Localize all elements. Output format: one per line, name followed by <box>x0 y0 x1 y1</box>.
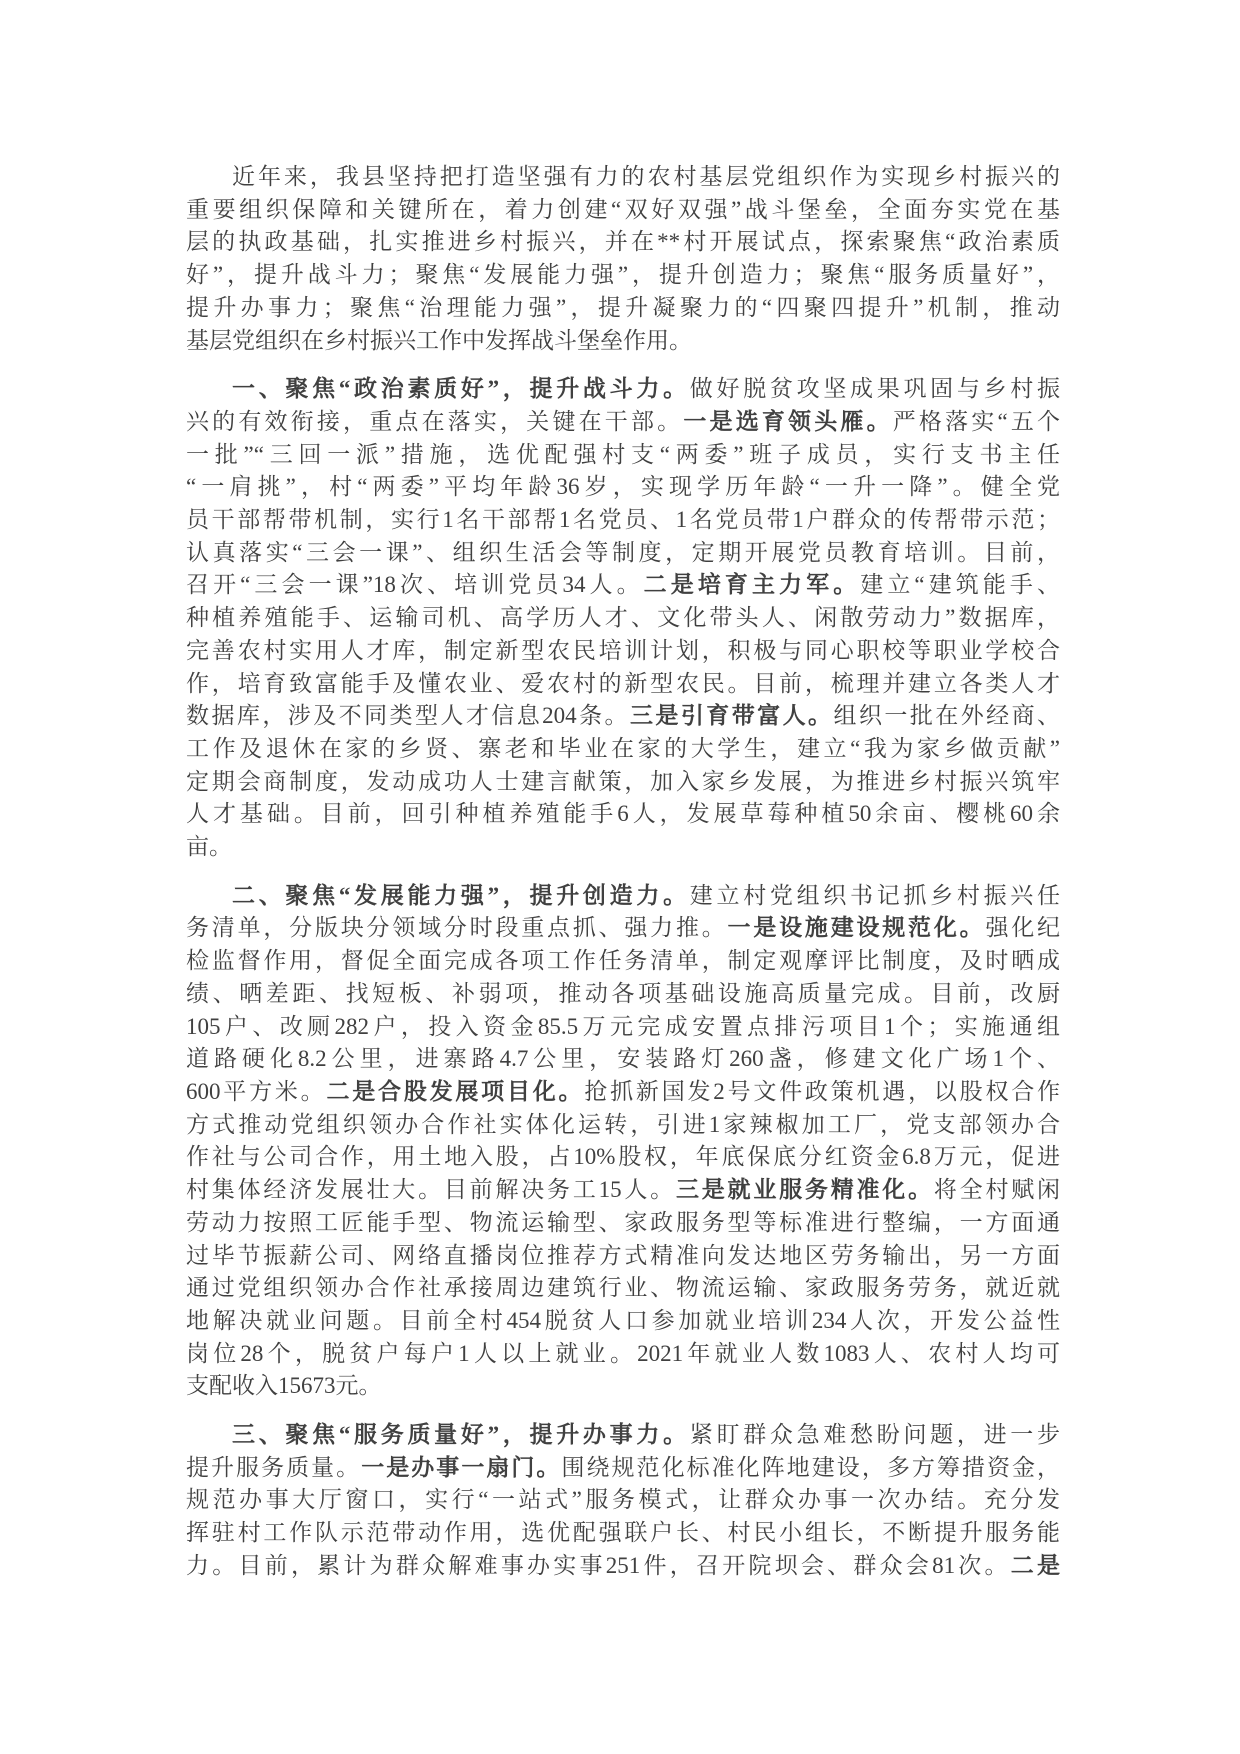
paragraph-3: 二、聚焦“发展能力强”，提升创造力。建立村党组织书记抓乡村振兴任务清单，分版块分… <box>186 880 1060 1403</box>
bold-text: 一、聚焦“政治素质好”，提升战斗力。 <box>232 376 690 401</box>
body-text: 严格落实“五个 <box>893 409 1060 434</box>
body-text: 员干部帮带机制，实行1名干部帮1名党员、1名党员带1户群众的传帮带示范； <box>186 507 1060 532</box>
text-line: 绩、晒差距、找短板、补弱项，推动各项基础设施高质量完成。目前，改厨 <box>186 978 1060 1011</box>
body-text: 挥驻村工作队示范带动作用，选优配强联户长、村民小组长，不断提升服务能 <box>186 1520 1060 1545</box>
body-text: 亩。 <box>186 834 232 859</box>
bold-text: 三、聚焦“服务质量好”，提升办事力。 <box>232 1422 690 1447</box>
body-text: 完善农村实用人才库，制定新型农民培训计划，积极与同心职校等职业学校合 <box>186 638 1060 663</box>
text-line: 一、聚焦“政治素质好”，提升战斗力。做好脱贫攻坚成果巩固与乡村振 <box>186 373 1060 406</box>
text-line: 提升办事力；聚焦“治理能力强”，提升凝聚力的“四聚四提升”机制，推动 <box>186 292 1060 325</box>
paragraph-2: 一、聚焦“政治素质好”，提升战斗力。做好脱贫攻坚成果巩固与乡村振兴的有效衔接，重… <box>186 373 1060 864</box>
text-line: 提升服务质量。一是办事一扇门。围绕规范化标准化阵地建设，多方筹措资金， <box>186 1452 1060 1485</box>
text-line: 岗位28个，脱贫户每户1人以上就业。2021年就业人数1083人、农村人均可 <box>186 1338 1060 1371</box>
text-line: 完善农村实用人才库，制定新型农民培训计划，积极与同心职校等职业学校合 <box>186 635 1060 668</box>
bold-text: 三是引育带富人。 <box>630 703 834 728</box>
body-text: 劳动力按照工匠能手型、物流运输型、家政服务型等标准进行整编，一方面通 <box>186 1210 1060 1235</box>
body-text: 紧盯群众急难愁盼问题，进一步 <box>690 1422 1060 1447</box>
body-text: 支配收入15673元。 <box>186 1373 382 1398</box>
body-text: 认真落实“三会一课”、组织生活会等制度，定期开展党员教育培训。目前， <box>186 540 1060 565</box>
body-text: 建立村党组织书记抓乡村振兴任 <box>690 883 1060 908</box>
body-text: 兴的有效衔接，重点在落实，关键在干部。 <box>186 409 683 434</box>
body-text: 通过党组织领办合作社承接周边建筑行业、物流运输、家政服务劳务，就近就 <box>186 1275 1060 1300</box>
body-text: 将全村赋闲 <box>934 1177 1060 1202</box>
body-text: 提升服务质量。 <box>186 1455 361 1480</box>
text-line: 三、聚焦“服务质量好”，提升办事力。紧盯群众急难愁盼问题，进一步 <box>186 1419 1060 1452</box>
bold-text: 一是办事一扇门。 <box>361 1455 561 1480</box>
body-text: 召开“三会一课”18次、培训党员34人。 <box>186 572 644 597</box>
text-line: 作，培育致富能手及懂农业、爱农村的新型农民。目前，梳理并建立各类人才 <box>186 668 1060 701</box>
text-line: 规范办事大厅窗口，实行“一站式”服务模式，让群众办事一次办结。充分发 <box>186 1484 1060 1517</box>
text-line: 好”，提升战斗力；聚焦“发展能力强”，提升创造力；聚焦“服务质量好”， <box>186 259 1060 292</box>
text-line: 作社与公司合作，用土地入股，占10%股权，年底保底分红资金6.8万元，促进 <box>186 1141 1060 1174</box>
body-text: 强化纪 <box>985 915 1060 940</box>
document-page: 近年来，我县坚持把打造坚强有力的农村基层党组织作为实现乡村振兴的重要组织保障和关… <box>0 0 1240 1754</box>
text-line: 劳动力按照工匠能手型、物流运输型、家政服务型等标准进行整编，一方面通 <box>186 1207 1060 1240</box>
bold-text: 二是合股发展项目化。 <box>326 1079 584 1104</box>
text-line: 村集体经济发展壮大。目前解决务工15人。三是就业服务精准化。将全村赋闲 <box>186 1174 1060 1207</box>
body-text: 方式推动党组织领办合作社实体化运转，引进1家辣椒加工厂，党支部领办合 <box>186 1112 1060 1137</box>
text-line: 方式推动党组织领办合作社实体化运转，引进1家辣椒加工厂，党支部领办合 <box>186 1109 1060 1142</box>
body-text: 岗位28个，脱贫户每户1人以上就业。2021年就业人数1083人、农村人均可 <box>186 1341 1060 1366</box>
text-line: 二、聚焦“发展能力强”，提升创造力。建立村党组织书记抓乡村振兴任 <box>186 880 1060 913</box>
body-text: 道路硬化8.2公里，进寨路4.7公里，安装路灯260盏，修建文化广场1个、 <box>186 1046 1060 1071</box>
text-line: 600平方米。二是合股发展项目化。抢抓新国发2号文件政策机遇，以股权合作 <box>186 1076 1060 1109</box>
text-line: 检监督作用，督促全面完成各项工作任务清单，制定观摩评比制度，及时晒成 <box>186 945 1060 978</box>
text-line: 兴的有效衔接，重点在落实，关键在干部。一是选育领头雁。严格落实“五个 <box>186 406 1060 439</box>
body-text: 层的执政基础，扎实推进乡村振兴，并在**村开展试点，探索聚焦“政治素质 <box>186 229 1060 254</box>
body-text: 规范办事大厅窗口，实行“一站式”服务模式，让群众办事一次办结。充分发 <box>186 1487 1060 1512</box>
text-line: 召开“三会一课”18次、培训党员34人。二是培育主力军。建立“建筑能手、 <box>186 569 1060 602</box>
body-text: 组织一批在外经商、 <box>834 703 1061 728</box>
text-line: 过毕节振薪公司、网络直播岗位推荐方式精准向发达地区劳务输出，另一方面 <box>186 1240 1060 1273</box>
body-text: 工作及退休在家的乡贤、寨老和毕业在家的大学生，建立“我为家乡做贡献” <box>186 736 1060 761</box>
body-text: 数据库，涉及不同类型人才信息204条。 <box>186 703 630 728</box>
body-text: 检监督作用，督促全面完成各项工作任务清单，制定观摩评比制度，及时晒成 <box>186 948 1060 973</box>
bold-text: 一是选育领头雁。 <box>683 409 892 434</box>
body-text: 做好脱贫攻坚成果巩固与乡村振 <box>690 376 1060 401</box>
text-line: 认真落实“三会一课”、组织生活会等制度，定期开展党员教育培训。目前， <box>186 537 1060 570</box>
bold-text: 二是培育主力军。 <box>644 572 861 597</box>
text-line: 亩。 <box>186 831 1060 864</box>
body-text: 定期会商制度，发动成功人士建言献策，加入家乡发展，为推进乡村振兴筑牢 <box>186 769 1060 794</box>
text-line: 工作及退休在家的乡贤、寨老和毕业在家的大学生，建立“我为家乡做贡献” <box>186 733 1060 766</box>
text-line: 务清单，分版块分领域分时段重点抓、强力推。一是设施建设规范化。强化纪 <box>186 912 1060 945</box>
body-text: 作，培育致富能手及懂农业、爱农村的新型农民。目前，梳理并建立各类人才 <box>186 671 1060 696</box>
body-text: 种植养殖能手、运输司机、高学历人才、文化带头人、闲散劳动力”数据库， <box>186 605 1060 630</box>
text-line: 通过党组织领办合作社承接周边建筑行业、物流运输、家政服务劳务，就近就 <box>186 1272 1060 1305</box>
body-text: 建立“建筑能手、 <box>860 572 1060 597</box>
text-line: 人才基础。目前，回引种植养殖能手6人，发展草莓种植50余亩、樱桃60余 <box>186 798 1060 831</box>
text-line: 基层党组织在乡村振兴工作中发挥战斗堡垒作用。 <box>186 325 1060 358</box>
body-text: 基层党组织在乡村振兴工作中发挥战斗堡垒作用。 <box>186 328 692 353</box>
text-line: 层的执政基础，扎实推进乡村振兴，并在**村开展试点，探索聚焦“政治素质 <box>186 226 1060 259</box>
text-line: 一批”“三回一派”措施，选优配强村支“两委”班子成员，实行支书主任 <box>186 439 1060 472</box>
text-line: 挥驻村工作队示范带动作用，选优配强联户长、村民小组长，不断提升服务能 <box>186 1517 1060 1550</box>
text-line: 地解决就业问题。目前全村454脱贫人口参加就业培训234人次，开发公益性 <box>186 1305 1060 1338</box>
text-line: “一肩挑”，村“两委”平均年龄36岁，实现学历年龄“一升一降”。健全党 <box>186 471 1060 504</box>
body-text: 提升办事力；聚焦“治理能力强”，提升凝聚力的“四聚四提升”机制，推动 <box>186 295 1060 320</box>
bold-text: 二、聚焦“发展能力强”，提升创造力。 <box>232 883 690 908</box>
body-text: “一肩挑”，村“两委”平均年龄36岁，实现学历年龄“一升一降”。健全党 <box>186 474 1060 499</box>
text-line: 道路硬化8.2公里，进寨路4.7公里，安装路灯260盏，修建文化广场1个、 <box>186 1043 1060 1076</box>
body-text: 105户、改厕282户，投入资金85.5万元完成安置点排污项目1个；实施通组 <box>186 1014 1060 1039</box>
text-line: 支配收入15673元。 <box>186 1370 1060 1403</box>
body-text: 村集体经济发展壮大。目前解决务工15人。 <box>186 1177 676 1202</box>
body-text: 近年来，我县坚持把打造坚强有力的农村基层党组织作为实现乡村振兴的 <box>232 164 1060 189</box>
body-text: 力。目前，累计为群众解难事办实事251件，召开院坝会、群众会81次。 <box>186 1553 1011 1578</box>
bold-text: 一是设施建设规范化。 <box>728 915 986 940</box>
text-line: 力。目前，累计为群众解难事办实事251件，召开院坝会、群众会81次。二是 <box>186 1550 1060 1583</box>
body-text: 过毕节振薪公司、网络直播岗位推荐方式精准向发达地区劳务输出，另一方面 <box>186 1243 1060 1268</box>
text-line: 种植养殖能手、运输司机、高学历人才、文化带头人、闲散劳动力”数据库， <box>186 602 1060 635</box>
body-text: 一批”“三回一派”措施，选优配强村支“两委”班子成员，实行支书主任 <box>186 442 1060 467</box>
body-text: 重要组织保障和关键所在，着力创建“双好双强”战斗堡垒，全面夯实党在基 <box>186 197 1060 222</box>
document-body: 近年来，我县坚持把打造坚强有力的农村基层党组织作为实现乡村振兴的重要组织保障和关… <box>186 161 1060 1583</box>
text-line: 105户、改厕282户，投入资金85.5万元完成安置点排污项目1个；实施通组 <box>186 1011 1060 1044</box>
text-line: 定期会商制度，发动成功人士建言献策，加入家乡发展，为推进乡村振兴筑牢 <box>186 766 1060 799</box>
body-text: 围绕规范化标准化阵地建设，多方筹措资金， <box>561 1455 1060 1480</box>
body-text: 地解决就业问题。目前全村454脱贫人口参加就业培训234人次，开发公益性 <box>186 1308 1060 1333</box>
body-text: 绩、晒差距、找短板、补弱项，推动各项基础设施高质量完成。目前，改厨 <box>186 981 1060 1006</box>
paragraph-1: 近年来，我县坚持把打造坚强有力的农村基层党组织作为实现乡村振兴的重要组织保障和关… <box>186 161 1060 357</box>
text-line: 员干部帮带机制，实行1名干部帮1名党员、1名党员带1户群众的传帮带示范； <box>186 504 1060 537</box>
body-text: 好”，提升战斗力；聚焦“发展能力强”，提升创造力；聚焦“服务质量好”， <box>186 262 1060 287</box>
body-text: 抢抓新国发2号文件政策机遇，以股权合作 <box>584 1079 1060 1104</box>
paragraph-4: 三、聚焦“服务质量好”，提升办事力。紧盯群众急难愁盼问题，进一步提升服务质量。一… <box>186 1419 1060 1583</box>
body-text: 人才基础。目前，回引种植养殖能手6人，发展草莓种植50余亩、樱桃60余 <box>186 801 1060 826</box>
bold-text: 二是 <box>1011 1553 1060 1578</box>
text-line: 数据库，涉及不同类型人才信息204条。三是引育带富人。组织一批在外经商、 <box>186 700 1060 733</box>
body-text: 600平方米。 <box>186 1079 326 1104</box>
text-line: 重要组织保障和关键所在，着力创建“双好双强”战斗堡垒，全面夯实党在基 <box>186 194 1060 227</box>
bold-text: 三是就业服务精准化。 <box>676 1177 934 1202</box>
body-text: 务清单，分版块分领域分时段重点抓、强力推。 <box>186 915 728 940</box>
text-line: 近年来，我县坚持把打造坚强有力的农村基层党组织作为实现乡村振兴的 <box>186 161 1060 194</box>
body-text: 作社与公司合作，用土地入股，占10%股权，年底保底分红资金6.8万元，促进 <box>186 1144 1060 1169</box>
